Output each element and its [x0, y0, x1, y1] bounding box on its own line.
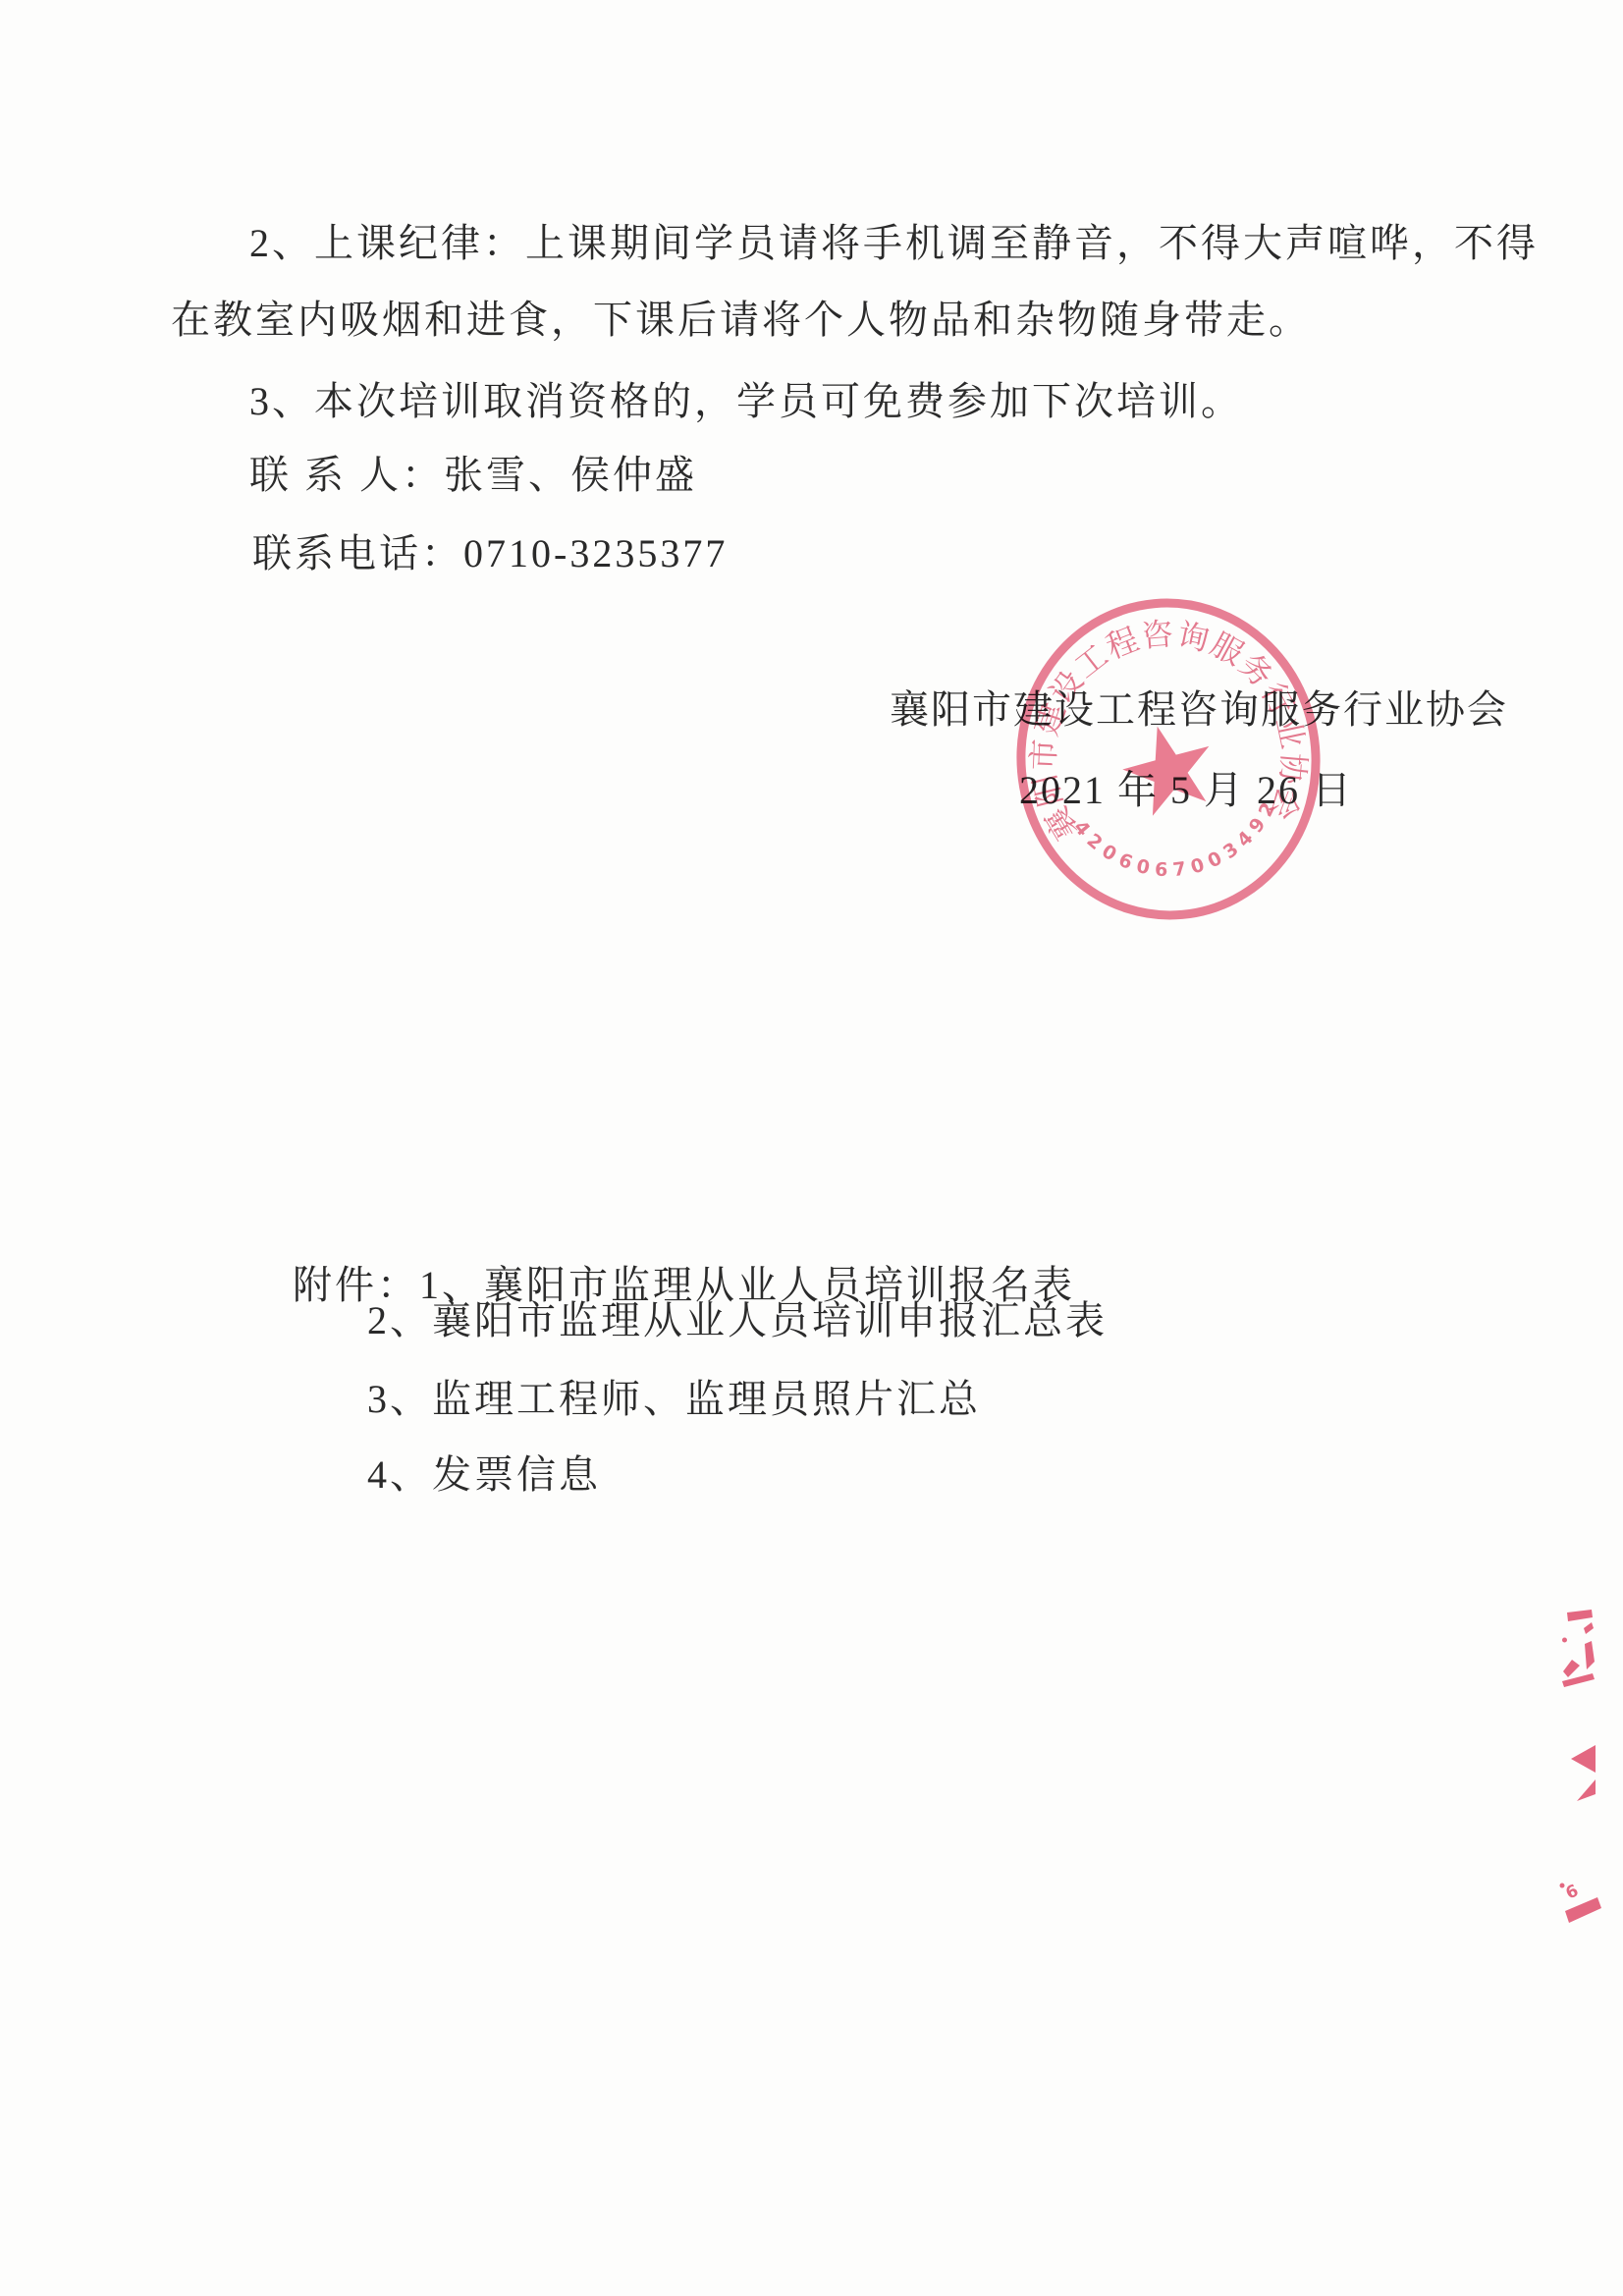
- attachment-item-3: 3、监理工程师、监理员照片汇总: [367, 1378, 981, 1421]
- body-line-refund-policy: 3、本次培训取消资格的，学员可免费参加下次培训。: [249, 380, 1243, 423]
- attachment-item-4: 4、发票信息: [367, 1453, 601, 1497]
- signature-date: 2021 年 5 月 26 日: [1019, 769, 1353, 812]
- attachment-item-2: 2、襄阳市监理从业人员培训申报汇总表: [367, 1299, 1108, 1342]
- edge-seal-code-fragment: 6: [1560, 1881, 1602, 1923]
- body-line-discipline-1: 2、上课纪律：上课期间学员请将手机调至静音，不得大声喧哗，不得: [249, 222, 1539, 265]
- body-line-discipline-2: 在教室内吸烟和进食，下课后请将个人物品和杂物随身带走。: [171, 299, 1311, 342]
- edge-seal-visible-digit: 6: [1563, 1881, 1582, 1903]
- official-seal: 襄阳市建设工程咨询服务行业协会 4206067003492: [996, 581, 1341, 937]
- signature-org-name: 襄阳市建设工程咨询服务行业协会: [890, 688, 1508, 732]
- contact-phone-line: 联系电话：0710-3235377: [252, 532, 728, 575]
- scanned-document-page: 2、上课纪律：上课期间学员请将手机调至静音，不得大声喧哗，不得 在教室内吸烟和进…: [0, 0, 1623, 2296]
- seal-outer-ring: [1008, 591, 1329, 928]
- contact-person-line: 联 系 人：张雪、侯仲盛: [249, 454, 697, 497]
- edge-seal-character-fragment: [1562, 1610, 1595, 1687]
- edge-partial-seal: 6: [1535, 1599, 1623, 1933]
- edge-seal-star-fragment: [1571, 1745, 1596, 1801]
